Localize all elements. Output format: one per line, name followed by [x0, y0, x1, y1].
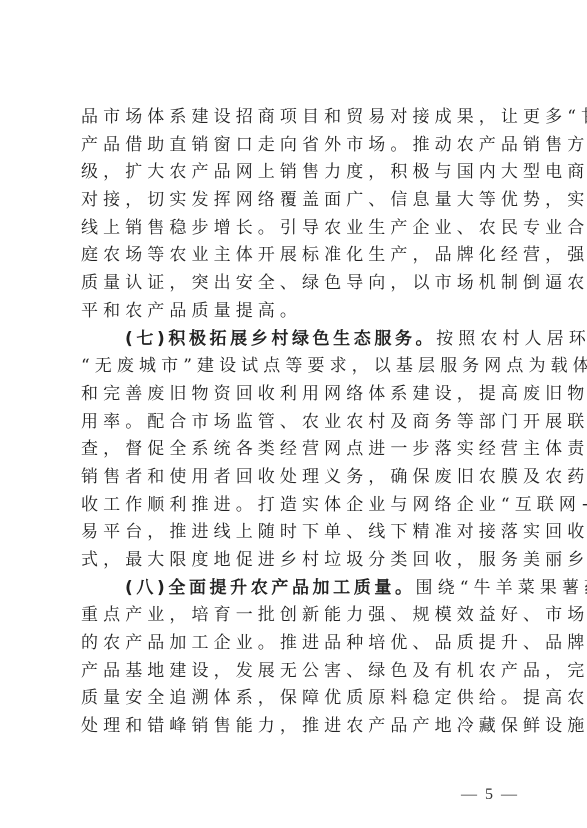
text-line: 级，扩大农产品网上销售力度，积极与国内大型电商平台开展	[81, 159, 507, 187]
text-line: 收工作顺利推进。打造实体企业与网络企业“互联网+回收”交	[81, 492, 507, 520]
section-heading-7: (七)积极拓展乡村绿色生态服务。	[125, 329, 436, 349]
text-line: 对接，切实发挥网络覆盖面广、信息量大等优势，实现农产品	[81, 187, 507, 215]
text-line: 品市场体系建设招商项目和贸易对接成果，让更多“甘味”农	[81, 104, 507, 132]
document-body: 品市场体系建设招商项目和贸易对接成果，让更多“甘味”农 产品借助直销窗口走向省外…	[81, 104, 507, 741]
text-line: 易平台，推进线上随时下单、线下精准对接落实回收服务新模	[81, 519, 507, 547]
paragraph-section-8: (八)全面提升农产品加工质量。围绕“牛羊菜果薯药”等 重点产业，培育一批创新能力…	[81, 575, 507, 741]
text-line: (八)全面提升农产品加工质量。围绕“牛羊菜果薯药”等	[81, 575, 507, 603]
text-line: 处理和错峰销售能力，推进农产品产地冷藏保鲜设施建设，促	[81, 713, 507, 741]
text-line: 用率。配合市场监管、农业农村及商务等部门开展联合执法检	[81, 409, 507, 437]
text-line: 式，最大限度地促进乡村垃圾分类回收，服务美丽乡村建设。	[81, 547, 507, 575]
text-run: 围绕“牛羊菜果薯药”等	[416, 578, 587, 598]
paragraph-section-7: (七)积极拓展乡村绿色生态服务。按照农村人居环境整治、 “无废城市”建设试点等要…	[81, 326, 507, 575]
text-line: 平和农产品质量提高。	[81, 298, 507, 326]
text-line: “无废城市”建设试点等要求，以基层服务网点为载体，构建	[81, 353, 507, 381]
text-line: 庭农场等农业主体开展标准化生产，品牌化经营，强化农产品	[81, 242, 507, 270]
text-line: 和完善废旧物资回收利用网络体系建设，提高废旧物资回收利	[81, 381, 507, 409]
text-line: 产品基地建设，发展无公害、绿色及有机农产品，完善农产品	[81, 658, 507, 686]
document-page: 品市场体系建设招商项目和贸易对接成果，让更多“甘味”农 产品借助直销窗口走向省外…	[0, 0, 587, 828]
text-line: 质量认证，突出安全、绿色导向，以市场机制倒逼农业生产水	[81, 270, 507, 298]
text-line: 查，督促全系统各类经营网点进一步落实经营主体责任，明确	[81, 436, 507, 464]
text-line: 销售者和使用者回收处理义务，确保废旧农膜及农药包装物回	[81, 464, 507, 492]
text-line: 的农产品加工企业。推进品种培优、品质提升、品牌打造和农	[81, 630, 507, 658]
page-number: — 5 —	[461, 786, 519, 804]
text-run: 按照农村人居环境整治、	[436, 329, 587, 349]
section-heading-8: (八)全面提升农产品加工质量。	[125, 578, 416, 598]
text-line: 产品借助直销窗口走向省外市场。推动农产品销售方式转型升	[81, 132, 507, 160]
paragraph-market: 品市场体系建设招商项目和贸易对接成果，让更多“甘味”农 产品借助直销窗口走向省外…	[81, 104, 507, 326]
text-line: 质量安全追溯体系，保障优质原料稳定供给。提高农产品加工	[81, 685, 507, 713]
text-line: (七)积极拓展乡村绿色生态服务。按照农村人居环境整治、	[81, 326, 507, 354]
text-line: 线上销售稳步增长。引导农业生产企业、农民专业合作社、家	[81, 215, 507, 243]
text-line: 重点产业，培育一批创新能力强、规模效益好、市场竞争力强	[81, 602, 507, 630]
